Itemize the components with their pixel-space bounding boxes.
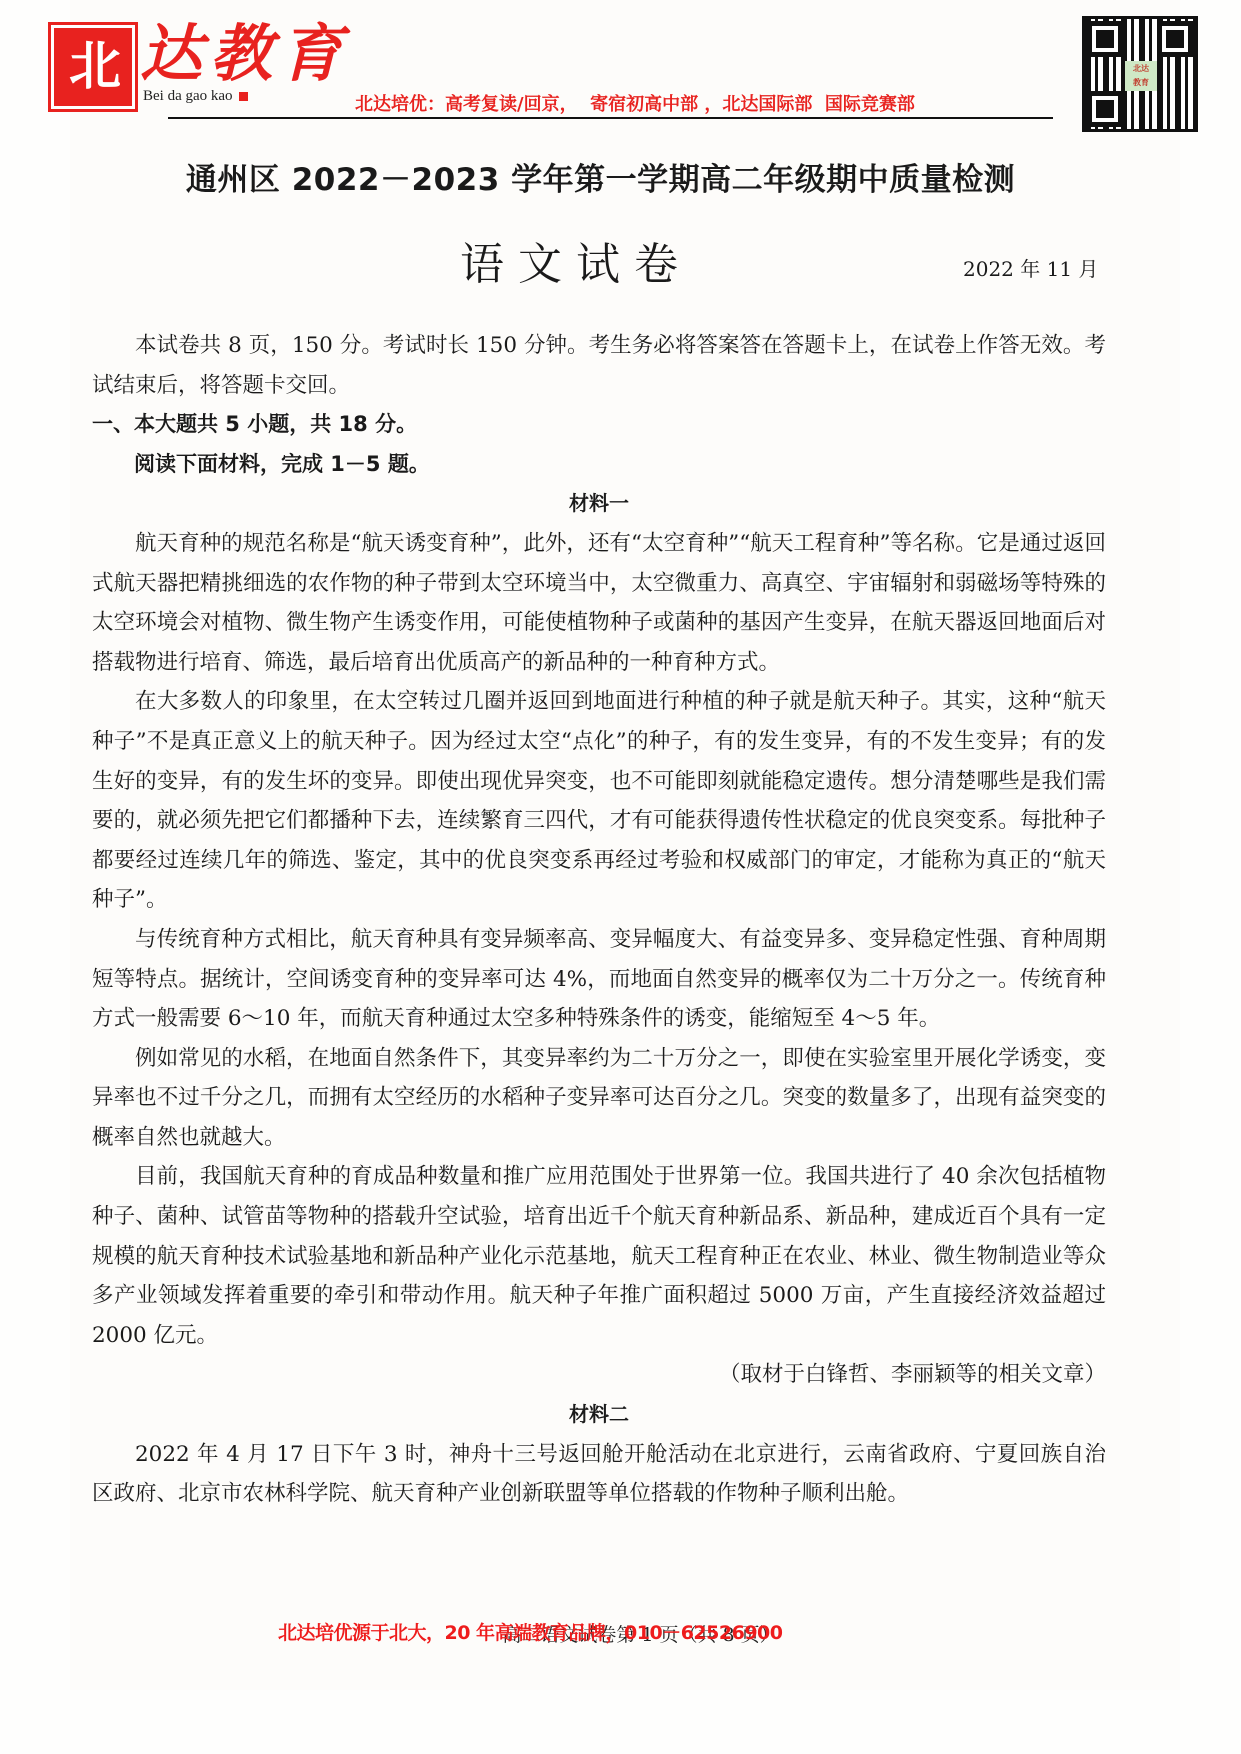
- material-one-paragraph: 目前，我国航天育种的育成品种数量和推广应用范围处于世界第一位。我国共进行了 40…: [92, 1157, 1106, 1355]
- section-heading: 一、本大题共 5 小题，共 18 分。: [92, 405, 1106, 445]
- exam-notice: 本试卷共 8 页，150 分。考试时长 150 分钟。考生务必将答案答在答题卡上…: [92, 326, 1106, 405]
- material-one-paragraph: 与传统育种方式相比，航天育种具有变异频率高、变异幅度大、有益变异多、变异稳定性强…: [92, 920, 1106, 1039]
- qr-finder-pattern: [1087, 91, 1123, 127]
- promo-banner: 北达培优：高考复读/回京， 寄宿初高中部 ，北达国际部 国际竞赛部: [355, 90, 915, 116]
- red-square-icon: [239, 92, 248, 101]
- material-one-paragraph: 例如常见的水稻，在地面自然条件下，其变异率约为二十万分之一，即使在实验室里开展化…: [92, 1039, 1106, 1158]
- header-divider: [168, 117, 1053, 119]
- brand-logo: 北: [48, 22, 138, 112]
- qr-center-logo: 北达教育: [1125, 61, 1157, 91]
- brand-subtitle: Bei da gao kao: [143, 88, 248, 105]
- brand-name: 达教育: [140, 18, 350, 90]
- footer-advertisement: 北达培优源于北大，20 年高端教育品牌，010－62526900: [278, 1618, 782, 1645]
- material-one-paragraph: 在大多数人的印象里，在太空转过几圈并返回到地面进行种植的种子就是航天种子。其实，…: [92, 682, 1106, 920]
- qr-code-icon: 北达教育: [1082, 16, 1198, 132]
- material-two-title: 材料二: [92, 1395, 1106, 1435]
- brand-subtitle-text: Bei da gao kao: [143, 88, 233, 104]
- material-one-source: （取材于白锋哲、李丽颖等的相关文章）: [92, 1355, 1106, 1395]
- exam-title: 通州区 2022－2023 学年第一学期高二年级期中质量检测: [0, 154, 1241, 199]
- material-one-title: 材料一: [92, 484, 1106, 524]
- subject-title: 语文试卷: [460, 228, 692, 292]
- reading-instruction: 阅读下面材料，完成 1－5 题。: [92, 445, 1106, 485]
- material-one-paragraph: 航天育种的规范名称是“航天诱变育种”，此外，还有“太空育种”“航天工程育种”等名…: [92, 524, 1106, 682]
- exam-date: 2022 年 11 月: [963, 253, 1098, 282]
- exam-body: 本试卷共 8 页，150 分。考试时长 150 分钟。考生务必将答案答在答题卡上…: [92, 326, 1106, 1514]
- material-two-paragraph: 2022 年 4 月 17 日下午 3 时，神舟十三号返回舱开舱活动在北京进行，…: [92, 1435, 1106, 1514]
